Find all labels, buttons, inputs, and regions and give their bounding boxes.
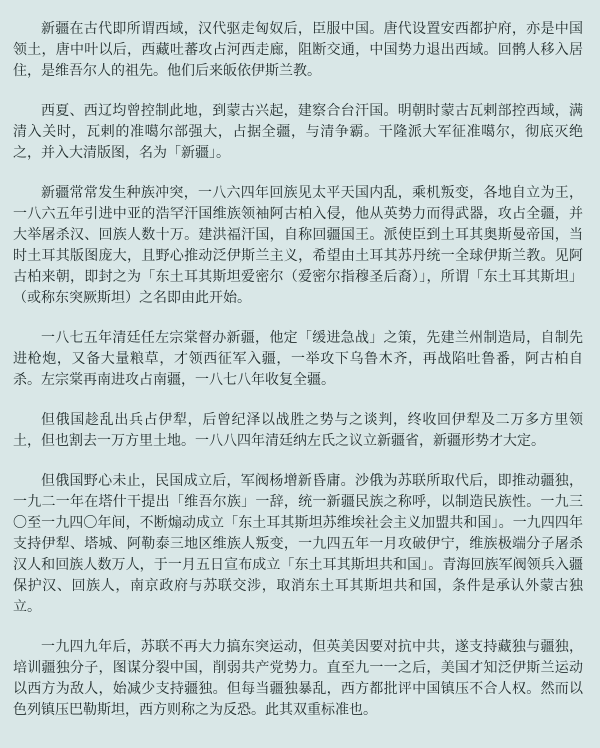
paragraph-post-1949: 一九四九年后，苏联不再大力搞东突运动，但英美因要对抗中共，遂支持藏独与疆独，培训… <box>13 637 583 721</box>
paragraph-yaqub-beg: 新疆常常发生种族冲突，一八六四年回族见太平天国内乱，乘机叛变，各地自立为王，一八… <box>13 183 583 309</box>
paragraph-soviet-era: 但俄国野心未止，民国成立后，军阀杨增新昏庸。沙俄为苏联所取代后，即推动疆独，一九… <box>13 471 583 618</box>
paragraph-history-ancient: 新疆在古代即所谓西域，汉代驱走匈奴后，臣服中国。唐代设置安西都护府，亦是中国领土… <box>13 19 583 82</box>
document-body: 新疆在古代即所谓西域，汉代驱走匈奴后，臣服中国。唐代设置安西都护府，亦是中国领土… <box>0 0 600 748</box>
paragraph-zuo-zongtang: 一八七五年清廷任左宗棠督办新疆，他定「缓进急战」之策，先建兰州制造局，自制先进枪… <box>13 328 583 391</box>
paragraph-qing-conquest: 西夏、西辽均曾控制此地，到蒙古兴起，建察合台汗国。明朝时蒙古瓦剌部控西域，满清入… <box>13 101 583 164</box>
paragraph-ili-treaty: 但俄国趁乱出兵占伊犁，后曾纪泽以战胜之势与之谈判，终收回伊犁及二万多方里领土，但… <box>13 410 583 452</box>
